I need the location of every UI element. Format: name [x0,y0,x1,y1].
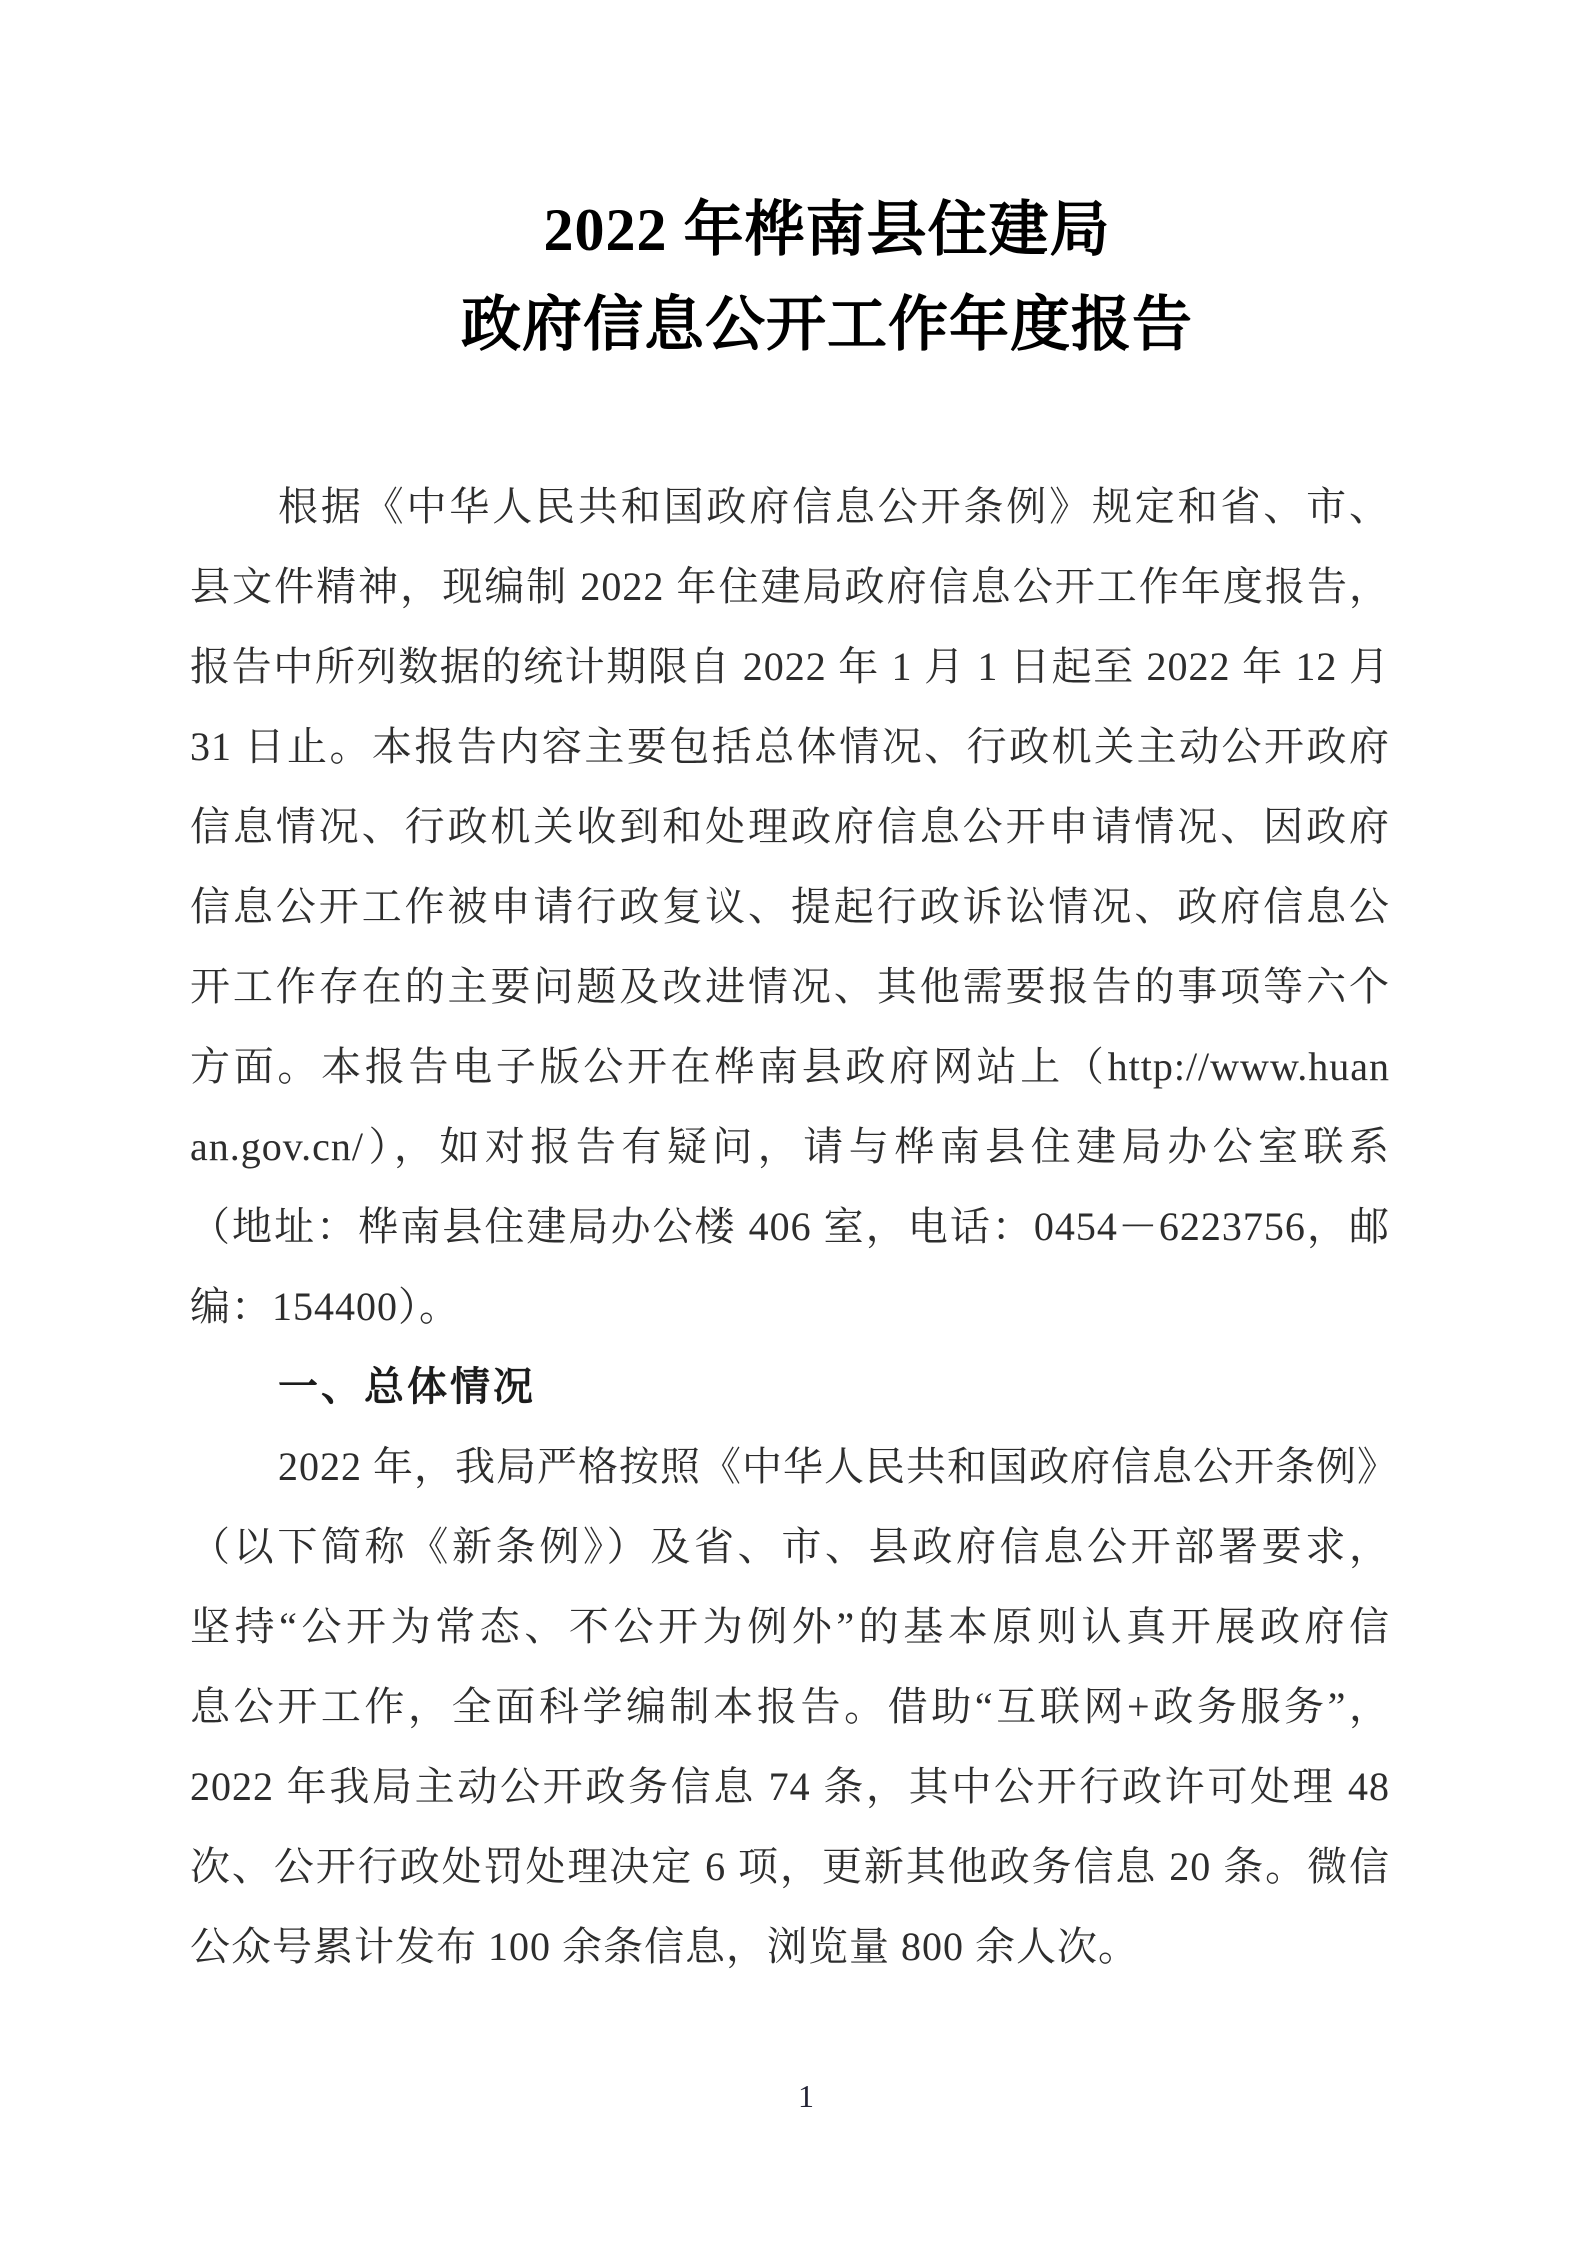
body-text-line: 公众号累计发布 100 余条信息，浏览量 800 余人次。 [190,1907,1390,1987]
page-number: 1 [206,2078,1406,2114]
body-text-line: 2022 年，我局严格按照《中华人民共和国政府信息公开条例》 [190,1427,1390,1507]
body-text-line: 31 日止。本报告内容主要包括总体情况、行政机关主动公开政府 [190,707,1390,787]
document-page: 2022 年桦南县住建局 政府信息公开工作年度报告 根据《中华人民共和国政府信息… [0,0,1587,2245]
body-text-line: 编：154400）。 [190,1267,1390,1347]
title-line-1: 2022 年桦南县住建局 [227,183,1427,278]
body-text-line: 县文件精神，现编制 2022 年住建局政府信息公开工作年度报告， [190,547,1390,627]
body-text-line: 息公开工作，全面科学编制本报告。借助“互联网+政务服务”， [190,1667,1390,1747]
body-text-line: （地址：桦南县住建局办公楼 406 室，电话：0454－6223756，邮 [190,1187,1390,1267]
body-text-line: 报告中所列数据的统计期限自 2022 年 1 月 1 日起至 2022 年 12… [190,627,1390,707]
body-text-line: 2022 年我局主动公开政务信息 74 条，其中公开行政许可处理 48 [190,1747,1390,1827]
body-text-line: 次、公开行政处罚处理决定 6 项，更新其他政务信息 20 条。微信 [190,1827,1390,1907]
body-text-line: 根据《中华人民共和国政府信息公开条例》规定和省、市、 [190,467,1390,547]
body-text-line: 坚持“公开为常态、不公开为例外”的基本原则认真开展政府信 [190,1587,1390,1667]
body-text-line: 方面。本报告电子版公开在桦南县政府网站上（http://www.huan [190,1027,1390,1107]
title-line-2: 政府信息公开工作年度报告 [227,278,1427,373]
document-body: 根据《中华人民共和国政府信息公开条例》规定和省、市、 县文件精神，现编制 202… [190,467,1390,1987]
body-text-line: （以下简称《新条例》）及省、市、县政府信息公开部署要求， [190,1507,1390,1587]
body-text-line: 信息情况、行政机关收到和处理政府信息公开申请情况、因政府 [190,787,1390,867]
body-text-line: an.gov.cn/），如对报告有疑问，请与桦南县住建局办公室联系 [190,1107,1390,1187]
document-title: 2022 年桦南县住建局 政府信息公开工作年度报告 [227,183,1427,373]
section-heading-overview: 一、总体情况 [190,1347,1390,1427]
body-text-line: 信息公开工作被申请行政复议、提起行政诉讼情况、政府信息公 [190,867,1390,947]
body-text-line: 开工作存在的主要问题及改进情况、其他需要报告的事项等六个 [190,947,1390,1027]
